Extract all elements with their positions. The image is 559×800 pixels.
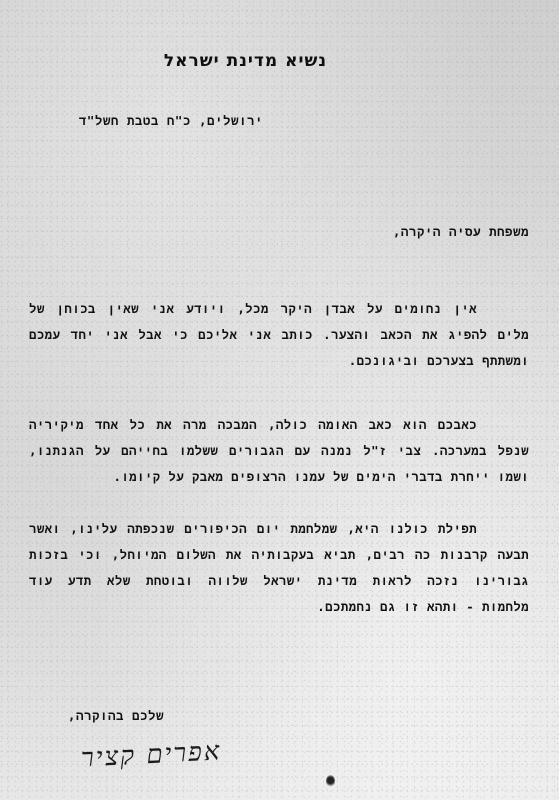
paragraph-line: אין נחומים על אבדן היקר מכל, ויודע אני ש… bbox=[29, 296, 529, 322]
paragraph-prayer: תפילת כולנו היא, שמלחמת יום הכיפורים שנכ… bbox=[29, 516, 529, 620]
paragraph-line: מלחמות - ותהא זו גם נחמתכם. bbox=[29, 594, 529, 620]
paragraph-line: ומשתתף בצערכם וביגונכם. bbox=[29, 348, 529, 374]
letterhead-title: נשיא מדינת ישראל bbox=[164, 51, 327, 71]
paragraph-line: גבורינו נזכה לראות מדינת ישראל שלווה ובו… bbox=[29, 568, 529, 594]
paragraph-line: כאבכם הוא כאב האומה כולה, המבכה מרה את כ… bbox=[29, 412, 529, 438]
paragraph-line: ושמו ייחרת בדברי הימים של עמנו הרצופים מ… bbox=[29, 464, 529, 490]
paragraph-line: שנפל במערכה. צבי ז"ל נמנה עם הגבורים ששל… bbox=[29, 438, 529, 464]
letter-page: נשיא מדינת ישראל ירושלים, כ"ח בטבת חשל"ד… bbox=[0, 0, 559, 800]
salutation: משפחת עסיה היקרה, bbox=[393, 224, 529, 240]
paragraph-nation-grief: כאבכם הוא כאב האומה כולה, המבכה מרה את כ… bbox=[29, 412, 529, 490]
date-line: ירושלים, כ"ח בטבת חשל"ד bbox=[79, 113, 263, 129]
ink-blot-mark bbox=[326, 775, 335, 787]
handwritten-signature: אפרים קציר bbox=[80, 736, 222, 773]
paragraph-line: תבעה קרבנות כה רבים, תביא בעקבותיה את הש… bbox=[29, 542, 529, 568]
paragraph-condolence: אין נחומים על אבדן היקר מכל, ויודע אני ש… bbox=[29, 296, 529, 374]
letterhead: נשיא מדינת ישראל bbox=[0, 51, 559, 71]
closing-line: שלכם בהוקרה, bbox=[68, 708, 164, 724]
paragraph-line: מלים להפיג את הכאב והצער. כותב אני אליכם… bbox=[29, 322, 529, 348]
paragraph-line: תפילת כולנו היא, שמלחמת יום הכיפורים שנכ… bbox=[29, 516, 529, 542]
